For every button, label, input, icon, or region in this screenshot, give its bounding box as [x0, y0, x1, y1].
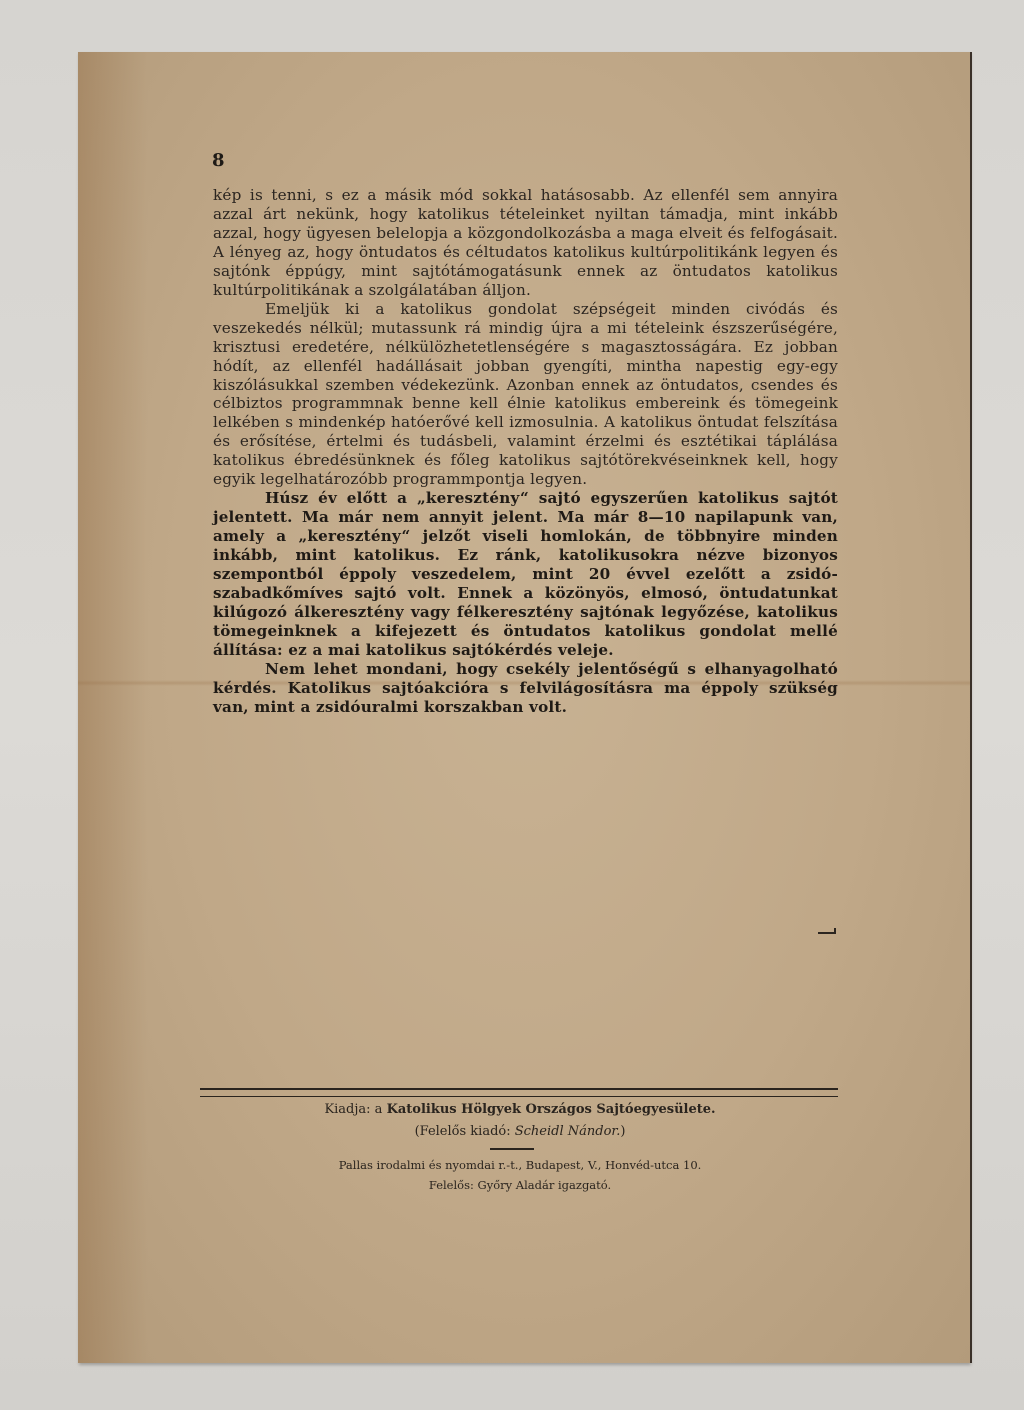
paragraph-4: Nem lehet mondani, hogy csekély jelentős… [213, 660, 838, 717]
responsible-publisher-line: (Felelős kiadó: Scheidl Nándor.) [200, 1124, 840, 1139]
paragraph-1: kép is tenni, s ez a másik mód sokkal ha… [213, 186, 838, 300]
publisher-name: Katolikus Hölgyek Országos Sajtóegyesüle… [387, 1102, 716, 1117]
responsible-name: Scheidl Nándor. [515, 1124, 621, 1139]
publisher-prefix: Kiadja: a [324, 1102, 382, 1117]
footer-double-rule [200, 1088, 838, 1097]
page-number: 8 [212, 150, 225, 171]
body-text: kép is tenni, s ez a másik mód sokkal ha… [213, 186, 838, 717]
end-mark-icon [818, 928, 836, 934]
footer-short-rule [490, 1148, 534, 1150]
responsible-prefix: (Felelős kiadó: [415, 1124, 511, 1139]
publisher-line: Kiadja: a Katolikus Hölgyek Országos Saj… [200, 1102, 840, 1117]
printer-line: Pallas irodalmi és nyomdai r.-t., Budape… [200, 1158, 840, 1172]
printer-responsible-line: Felelős: Győry Aladár igazgató. [200, 1178, 840, 1192]
paragraph-3: Húsz év előtt a „keresztény“ sajtó egysz… [213, 489, 838, 660]
responsible-suffix: ) [620, 1124, 625, 1139]
paragraph-2: Emeljük ki a katolikus gondolat szépsége… [213, 300, 838, 490]
